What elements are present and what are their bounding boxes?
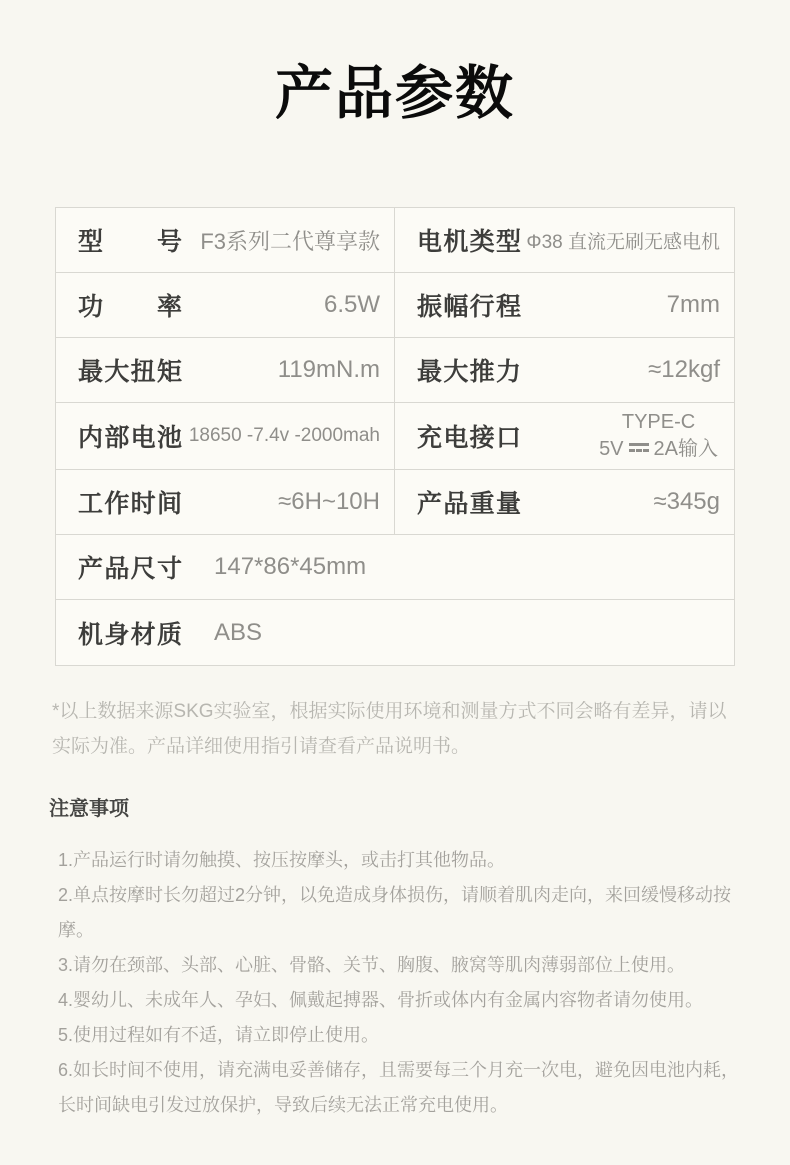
spec-value-max-thrust: ≈12kgf [521, 356, 720, 384]
note-item-6: 6.如长时间不使用，请充满电妥善储存，且需要每三个月充一次电，避免因电池内耗，长… [49, 1053, 749, 1123]
spec-row-material: 机身材质 ABS [56, 600, 734, 665]
spec-label-battery: 内部电池 [78, 418, 182, 454]
spec-label-max-torque: 最大扭矩 [78, 352, 182, 388]
spec-label-model: 型号 [78, 222, 182, 258]
spec-label-work-time: 工作时间 [78, 484, 182, 520]
spec-table: 型号 F3系列二代尊享款 电机类型 Φ38 直流无刷无感电机 功率 6.5W 振… [55, 207, 735, 666]
spec-cell-charge-port: 充电接口 TYPE-C 5V2A输入 [395, 403, 734, 469]
notes-heading: 注意事项 [49, 792, 749, 821]
spec-row-model-motor: 型号 F3系列二代尊享款 电机类型 Φ38 直流无刷无感电机 [56, 208, 734, 273]
note-item-1: 1.产品运行时请勿触摸、按压按摩头，或击打其他物品。 [49, 843, 749, 878]
spec-value-work-time: ≈6H~10H [182, 488, 380, 516]
spec-label-weight: 产品重量 [417, 484, 521, 520]
spec-value-weight: ≈345g [521, 488, 720, 516]
spec-value-power: 6.5W [182, 291, 380, 319]
spec-value-dimensions: 147*86*45mm [214, 553, 366, 581]
spec-label-amplitude: 振幅行程 [417, 287, 521, 323]
spec-cell-max-torque: 最大扭矩 119mN.m [56, 338, 395, 402]
spec-label-motor-type: 电机类型 [417, 222, 521, 258]
spec-value-charge-port: TYPE-C 5V2A输入 [599, 409, 720, 463]
charge-port-current: 2A输入 [654, 438, 718, 460]
spec-row-torque-thrust: 最大扭矩 119mN.m 最大推力 ≈12kgf [56, 338, 734, 403]
spec-cell-model: 型号 F3系列二代尊享款 [56, 208, 395, 272]
note-item-4: 4.婴幼儿、未成年人、孕妇、佩戴起搏器、骨折或体内有金属内容物者请勿使用。 [49, 983, 749, 1018]
spec-row-power-amplitude: 功率 6.5W 振幅行程 7mm [56, 273, 734, 338]
spec-cell-battery: 内部电池 18650 -7.4v -2000mah [56, 403, 395, 469]
note-item-5: 5.使用过程如有不适，请立即停止使用。 [49, 1018, 749, 1053]
dc-symbol-icon [629, 443, 649, 452]
spec-cell-max-thrust: 最大推力 ≈12kgf [395, 338, 734, 402]
spec-value-amplitude: 7mm [521, 291, 720, 319]
disclaimer-text: *以上数据来源SKG实验室，根据实际使用环境和测量方式不同会略有差异，请以实际为… [52, 694, 744, 764]
spec-cell-weight: 产品重量 ≈345g [395, 470, 734, 534]
spec-row-battery-charge: 内部电池 18650 -7.4v -2000mah 充电接口 TYPE-C 5V… [56, 403, 734, 470]
spec-value-material: ABS [214, 619, 262, 647]
spec-value-motor-type: Φ38 直流无刷无感电机 [521, 227, 720, 254]
spec-label-dimensions: 产品尺寸 [78, 549, 182, 585]
spec-cell-power: 功率 6.5W [56, 273, 395, 337]
spec-label-material: 机身材质 [78, 615, 182, 651]
spec-cell-motor-type: 电机类型 Φ38 直流无刷无感电机 [395, 208, 734, 272]
note-item-3: 3.请勿在颈部、头部、心脏、骨骼、关节、胸腹、腋窝等肌肉薄弱部位上使用。 [49, 948, 749, 983]
spec-row-dimensions: 产品尺寸 147*86*45mm [56, 535, 734, 600]
spec-value-battery: 18650 -7.4v -2000mah [182, 425, 380, 447]
charge-port-type: TYPE-C [622, 411, 695, 433]
spec-row-worktime-weight: 工作时间 ≈6H~10H 产品重量 ≈345g [56, 470, 734, 535]
spec-cell-work-time: 工作时间 ≈6H~10H [56, 470, 395, 534]
spec-label-max-thrust: 最大推力 [417, 352, 521, 388]
charge-port-voltage: 5V [599, 438, 623, 460]
spec-value-model: F3系列二代尊享款 [182, 225, 380, 256]
spec-label-charge-port: 充电接口 [417, 418, 521, 454]
spec-label-power: 功率 [78, 287, 182, 323]
page-title: 产品参数 [0, 64, 790, 125]
notes-section: 注意事项 1.产品运行时请勿触摸、按压按摩头，或击打其他物品。 2.单点按摩时长… [49, 792, 749, 1123]
spec-cell-amplitude: 振幅行程 7mm [395, 273, 734, 337]
note-item-2: 2.单点按摩时长勿超过2分钟，以免造成身体损伤，请顺着肌肉走向，来回缓慢移动按摩… [49, 878, 749, 948]
spec-cell-material: 机身材质 ABS [56, 600, 734, 665]
spec-cell-dimensions: 产品尺寸 147*86*45mm [56, 535, 734, 599]
spec-value-max-torque: 119mN.m [182, 356, 380, 384]
